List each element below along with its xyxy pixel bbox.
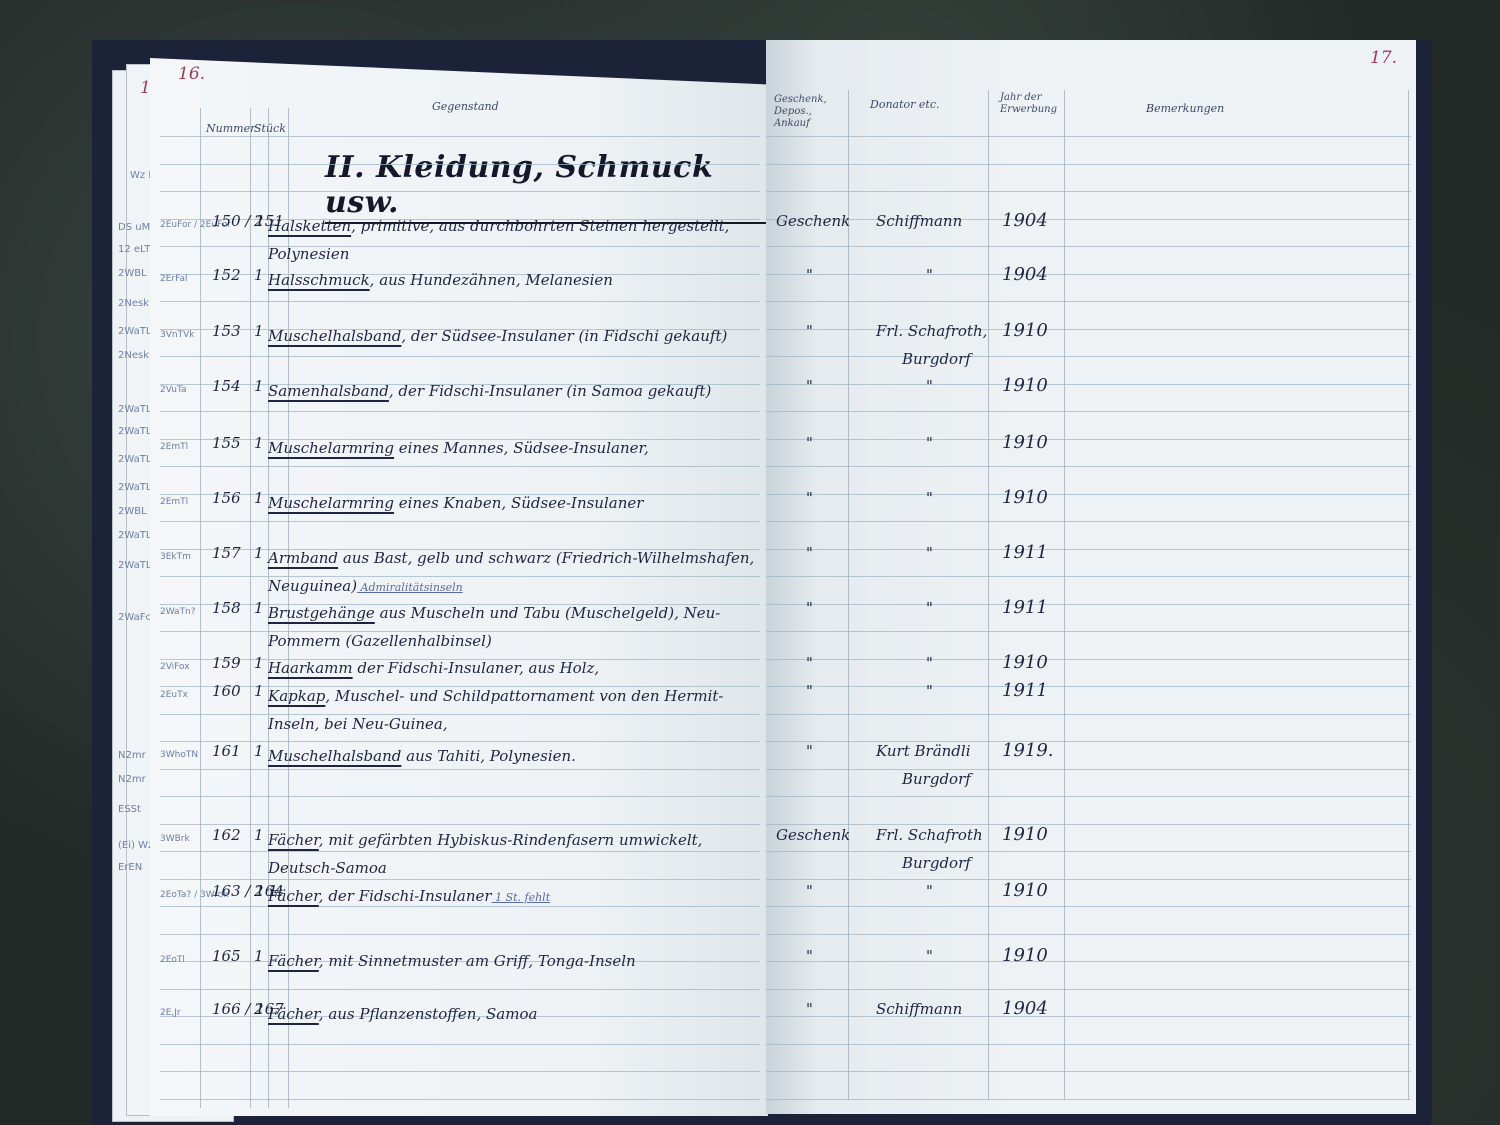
ruled-line [766,796,1411,797]
object-details: , Muschel- und Schildpattornament von de… [268,687,724,733]
donor-place: Burgdorf [902,854,971,872]
object-name: Samenhalsband [268,382,389,400]
acquisition-type: " [806,489,813,507]
column-header-donor: Donator etc. [870,98,939,111]
acquisition-type: " [806,1000,813,1018]
stub-note: 2WaTL [118,454,151,465]
inventory-number: 153 [212,322,241,340]
object-description: Fächer, der Fidschi-Insulaner 1 St. fehl… [268,882,758,912]
stub-note: DS uM [118,222,150,233]
right-page: 17. Geschenk, Depos., Ankauf Donator etc… [766,40,1416,1114]
acquisition-year: 1911 [1002,680,1048,701]
object-description: Muschelhalsband, der Südsee-Insulaner (i… [268,322,758,350]
ruled-line [766,714,1411,715]
acquisition-type: " [806,544,813,562]
object-details: , der Fidschi-Insulaner (in Samoa gekauf… [389,382,711,400]
object-name: Fächer [268,831,319,849]
donor-name: " [926,266,933,284]
ruled-line [766,576,1411,577]
object-name: Brustgehänge [268,604,375,622]
stub-note: N2mr [118,774,146,785]
acquisition-year: 1904 [1002,264,1048,285]
acquisition-type: Geschenk [776,212,850,230]
ruled-line [766,164,1411,165]
item-count: 1 [254,322,264,340]
item-count: 1 [254,654,264,672]
donor-name: Frl. Schafroth [876,826,983,844]
shelf-code: 2VuTa [160,385,187,395]
donor-name: Frl. Schafroth, [876,322,987,340]
acquisition-type: " [806,742,813,760]
ruled-line [766,246,1411,247]
donor-name: " [926,599,933,617]
ruled-line [766,879,1411,880]
ruled-line [766,329,1411,330]
ruled-line [766,1071,1411,1072]
ruled-line [766,989,1411,990]
acquisition-type: " [806,682,813,700]
ruled-line [766,604,1411,605]
stub-note: 12 eLT [118,244,150,255]
column-header-count: Stück [254,122,286,135]
column-rule [848,90,849,1100]
acquisition-year: 1911 [1002,597,1048,618]
object-description: Samenhalsband, der Fidschi-Insulaner (in… [268,377,758,405]
object-details: eines Knaben, Südsee-Insulaner [394,494,643,512]
ruled-line [766,439,1411,440]
ruled-line [766,136,1411,137]
shelf-code: 2ErFal [160,274,187,284]
object-description: Muschelhalsband aus Tahiti, Polynesien. [268,742,758,770]
stub-note: 2WaTL [118,426,151,437]
column-rule [200,108,201,1108]
object-details: , aus Pflanzenstoffen, Samoa [319,1005,538,1023]
stub-note: ErEN [118,862,142,873]
ruled-line [766,769,1411,770]
shelf-code: 2WaTn? [160,607,196,617]
shelf-code: 2EmTl [160,497,188,507]
donor-name: " [926,682,933,700]
object-name: Halsketten [268,217,351,235]
object-description: Halsschmuck, aus Hundezähnen, Melanesien [268,266,758,294]
stub-note: N2mr [118,750,146,761]
stub-note: 2WBL [118,506,147,517]
left-page: 16. Nummer Stück Gegenstand II. Kleidung… [150,58,768,1116]
acquisition-type: " [806,882,813,900]
ruled-line [766,384,1411,385]
acquisition-type: " [806,322,813,340]
object-name: Kapkap [268,687,325,705]
object-name: Haarkamm [268,659,353,677]
inventory-number: 162 [212,826,241,844]
donor-name: " [926,377,933,395]
object-details: , der Fidschi-Insulaner [319,887,492,905]
ruled-line [766,659,1411,660]
acquisition-type: " [806,266,813,284]
acquisition-year: 1919. [1002,740,1054,761]
column-header-object: Gegenstand [432,100,499,113]
shelf-code: 2EuTx [160,690,188,700]
acquisition-type: " [806,377,813,395]
ruled-line [766,466,1411,467]
ruled-line [766,1044,1411,1045]
object-details: , der Südsee-Insulaner (in Fidschi gekau… [401,327,727,345]
object-description: Kapkap, Muschel- und Schildpattornament … [268,682,758,738]
object-description: Muschelarmring eines Knaben, Südsee-Insu… [268,489,758,517]
ruled-line [766,1016,1411,1017]
item-count: 1 [254,682,264,700]
acquisition-type: " [806,599,813,617]
acquisition-type: " [806,654,813,672]
stub-note: 2WaTL [118,530,151,541]
stub-note: 2Nesk [118,298,149,309]
inventory-number: 152 [212,266,241,284]
shelf-code: 2ViFox [160,662,190,672]
page-number: 16. [178,64,205,84]
stub-note: ESSt [118,804,141,815]
item-count: 2 [254,1000,264,1018]
inventory-number: 157 [212,544,241,562]
donor-name: " [926,947,933,965]
acquisition-year: 1904 [1002,998,1048,1019]
acquisition-year: 1910 [1002,945,1048,966]
inventory-number: 159 [212,654,241,672]
ruled-line [766,686,1411,687]
item-count: 1 [254,489,264,507]
ruled-line [766,274,1411,275]
donor-name: Schiffmann [876,1000,962,1018]
ruled-line [766,521,1411,522]
column-rule [1064,90,1065,1100]
item-count: 1 [254,434,264,452]
ruled-line [766,961,1411,962]
acquisition-year: 1911 [1002,542,1048,563]
inventory-number: 156 [212,489,241,507]
ruled-line [766,301,1411,302]
stub-note: 2WaTL [118,404,151,415]
inventory-number: 158 [212,599,241,617]
donor-place: Burgdorf [902,770,971,788]
column-header-number: Nummer [206,122,255,135]
donor-name: " [926,654,933,672]
object-description: Halsketten, primitive, aus durchbohrten … [268,212,758,268]
ruled-line [766,549,1411,550]
ruled-line [766,219,1411,220]
inventory-number: 155 [212,434,241,452]
acquisition-year: 1910 [1002,320,1048,341]
item-count: 1 [254,599,264,617]
object-description: Muschelarmring eines Mannes, Südsee-Insu… [268,434,758,462]
acquisition-year: 1910 [1002,652,1048,673]
item-count: 1 [254,826,264,844]
donor-name: Kurt Brändli [876,742,971,760]
shelf-code: 3WBrk [160,834,190,844]
shelf-code: 2EmTl [160,442,188,452]
donor-name: " [926,882,933,900]
column-rule [988,90,989,1100]
object-name: Armband [268,549,338,567]
acquisition-year: 1910 [1002,375,1048,396]
acquisition-type: " [806,434,813,452]
object-name: Muschelhalsband [268,747,401,765]
shelf-code: 3EkTm [160,552,191,562]
object-name: Muschelhalsband [268,327,401,345]
column-header-remarks: Bemerkungen [1146,102,1224,115]
ruled-line [766,906,1411,907]
item-count: 1 [254,947,264,965]
later-annotation: 1 St. fehlt [492,891,551,904]
column-header-year: Jahr der Erwerbung [1000,92,1064,116]
object-details: , mit gefärbten Hybiskus-Rindenfasern um… [268,831,702,877]
object-description: Armband aus Bast, gelb und schwarz (Frie… [268,544,758,602]
ruled-line [766,934,1411,935]
acquisition-year: 1910 [1002,487,1048,508]
donor-name: Schiffmann [876,212,962,230]
donor-name: " [926,544,933,562]
acquisition-year: 1910 [1002,824,1048,845]
column-rule [250,108,251,1108]
stub-note: 2Nesk [118,350,149,361]
inventory-number: 165 [212,947,241,965]
inventory-number: 160 [212,682,241,700]
acquisition-type: Geschenk [776,826,850,844]
object-name: Muschelarmring [268,439,394,457]
acquisition-type: " [806,947,813,965]
object-details: der Fidschi-Insulaner, aus Holz, [353,659,600,677]
item-count: 1 [254,266,264,284]
stub-note: 2WaTL [118,560,151,571]
ruled-line [766,1099,1411,1100]
donor-name: " [926,489,933,507]
object-description: Brustgehänge aus Muscheln und Tabu (Musc… [268,599,758,655]
object-name: Muschelarmring [268,494,394,512]
shelf-code: 2EoTl [160,955,185,965]
shelf-code: 3WhoTN [160,750,198,760]
acquisition-year: 1904 [1002,210,1048,231]
object-name: Fächer [268,887,319,905]
inventory-number: 154 [212,377,241,395]
stub-note: 2WBL [118,268,147,279]
ruled-line [766,741,1411,742]
object-name: Fächer [268,1005,319,1023]
object-details: aus Tahiti, Polynesien. [401,747,576,765]
ruled-line [766,631,1411,632]
ruled-line [766,191,1411,192]
item-count: 2 [254,212,264,230]
object-details: , aus Hundezähnen, Melanesien [370,271,613,289]
column-rule [1408,90,1409,1100]
ruled-line [766,356,1411,357]
inventory-number: 161 [212,742,241,760]
ruled-line [766,851,1411,852]
column-header-acquisition: Geschenk, Depos., Ankauf [774,94,848,130]
item-count: 1 [254,544,264,562]
object-details: , mit Sinnetmuster am Griff, Tonga-Insel… [319,952,636,970]
stub-note: 2WaFc [118,612,151,623]
ruled-line [766,824,1411,825]
object-description: Fächer, aus Pflanzenstoffen, Samoa [268,1000,758,1028]
ruled-line [766,494,1411,495]
acquisition-year: 1910 [1002,432,1048,453]
acquisition-year: 1910 [1002,880,1048,901]
ruled-line [766,411,1411,412]
item-count: 1 [254,742,264,760]
object-name: Halsschmuck [268,271,370,289]
object-name: Fächer [268,952,319,970]
object-details: eines Mannes, Südsee-Insulaner, [394,439,649,457]
shelf-code: 2E,Jr [160,1008,181,1018]
object-description: Haarkamm der Fidschi-Insulaner, aus Holz… [268,654,758,682]
object-description: Fächer, mit Sinnetmuster am Griff, Tonga… [268,947,758,975]
stub-note: 2WaTL [118,482,151,493]
item-count: 1 [254,377,264,395]
later-annotation: Admiralitätsinseln [357,581,463,594]
object-description: Fächer, mit gefärbten Hybiskus-Rindenfas… [268,826,758,882]
donor-place: Burgdorf [902,350,971,368]
stub-note: 2WaTL [118,326,151,337]
donor-name: " [926,434,933,452]
page-number: 17. [1370,48,1397,68]
shelf-code: 3VnTVk [160,330,194,340]
object-details: aus Bast, gelb und schwarz (Friedrich-Wi… [268,549,754,595]
